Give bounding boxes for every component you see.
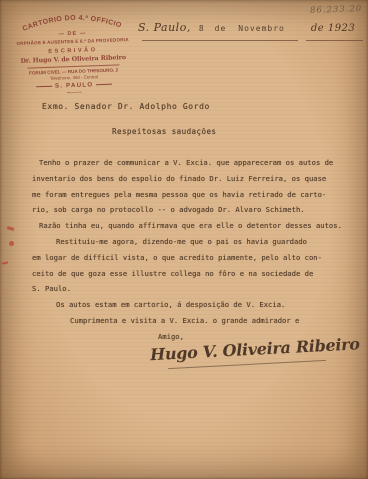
body-line: em logar de difficil vista, o que acredi… (32, 250, 346, 266)
dateline-day: 8 (199, 24, 205, 33)
stamp-city-line: S. PAULO (15, 80, 133, 91)
body-line: Cumprimenta e visita a V. Excia. o grand… (32, 313, 346, 329)
body-line: Restituiu-me agora, dizendo-me que o pai… (32, 234, 346, 250)
body-line: ceito de que goza esse illustre collega … (32, 266, 346, 282)
body-line: rio, sob carga no protocollo -- o advoga… (32, 202, 346, 218)
stamp-city: S. PAULO (55, 81, 94, 89)
dateline-de: de (215, 24, 227, 33)
dateline-year: de 1923 (311, 23, 355, 34)
red-mark (2, 261, 8, 264)
scanned-letter: CARTORIO DO 4.º OFFICIO — DE — ORPHÃOS E… (0, 0, 368, 479)
red-mark (7, 226, 15, 231)
letterhead-stamp: CARTORIO DO 4.º OFFICIO — DE — ORPHÃOS E… (13, 9, 134, 97)
stamp-flourish (67, 92, 81, 95)
body-line: Tenho o prazer de communicar a V. Excia.… (32, 155, 346, 171)
recipient-line: Exmo. Senador Dr. Adolpho Gordo (42, 102, 210, 111)
salutation-line: Respeitosas saudações (112, 127, 216, 136)
dateline-city: S. Paulo, (138, 21, 191, 34)
body-line: inventario dos bens do espolio do finado… (32, 171, 346, 187)
body-line: me foram entregues pela mesma pessoa que… (32, 187, 346, 203)
dateline-rule (306, 40, 363, 41)
archive-reference-number: 86.233.20 (310, 4, 363, 16)
stamp-notary-name: Dr. Hugo V. de Oliveira Ribeiro (14, 54, 132, 65)
body-line: Os autos estam em cartorio, á desposição… (32, 297, 346, 313)
body-line: Razão tinha eu, quando affirmava que era… (32, 218, 346, 234)
stamp-dash (96, 83, 112, 85)
dateline: S. Paulo, 8 de Novembro de 1923 (138, 21, 355, 34)
dateline-rule (142, 40, 298, 41)
dateline-month: Novembro (238, 24, 285, 33)
stamp-dash (36, 86, 52, 88)
body-line: S. Paulo. (32, 281, 346, 297)
red-mark (9, 241, 14, 246)
letter-body: Tenho o prazer de communicar a V. Excia.… (32, 155, 346, 345)
